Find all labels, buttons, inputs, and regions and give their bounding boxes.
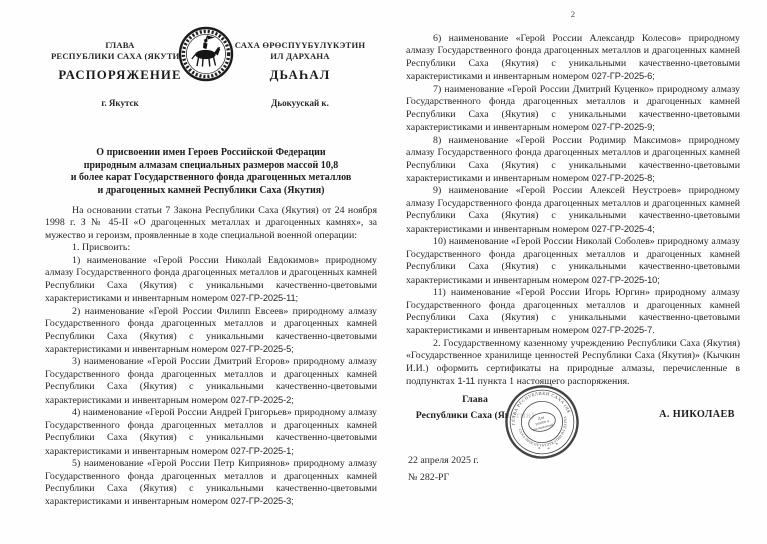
issue-city-sakha: Дьокуускай к. — [225, 98, 375, 108]
item-5: 5) наименование «Герой России Петр Кипри… — [45, 458, 377, 509]
document-number: № 282-РГ — [408, 472, 449, 483]
doc-type-sakha: ДЬАҺАЛ — [225, 68, 375, 83]
issuer-org-sakha-line1: САХА ӨРӨСПҮҮБҮЛҮКЭТИН — [225, 40, 375, 51]
intro-paragraph: На основании статьи 7 Закона Республики … — [45, 205, 377, 242]
item-1-inventory-number: 027-ГР-2025-11; — [231, 293, 298, 303]
title-line-2: природным алмазам специальных размеров м… — [45, 160, 377, 173]
page-number: 2 — [406, 9, 740, 19]
page-1: ГЛАВА РЕСПУБЛИКИ САХА (ЯКУТИЯ) РАСПОРЯЖЕ… — [45, 0, 377, 544]
item-6-text: 6) наименование «Герой России Александр … — [406, 33, 740, 82]
item-2-inventory-number: 027-ГР-2025-5; — [231, 344, 294, 354]
item-7: 7) наименование «Герой России Дмитрий Ку… — [406, 84, 740, 135]
item-7-text: 7) наименование «Герой России Дмитрий Ку… — [406, 84, 740, 133]
item-4: 4) наименование «Герой России Андрей Гри… — [45, 407, 377, 458]
issuer-block-russian: ГЛАВА РЕСПУБЛИКИ САХА (ЯКУТИЯ) РАСПОРЯЖЕ… — [45, 40, 195, 108]
title-line-3: и более карат Государственного фонда дра… — [45, 172, 377, 185]
issue-city-russian: г. Якутск — [45, 98, 195, 108]
document-title: О присвоении имен Героев Российской Феде… — [45, 147, 377, 197]
clause-1: 1. Присвоить: — [45, 242, 377, 254]
page1-body: На основании статьи 7 Закона Республики … — [45, 205, 377, 509]
item-4-text: 4) наименование «Герой России Андрей Гри… — [45, 407, 377, 456]
page-2: 2 6) наименование «Герой России Александ… — [406, 0, 740, 544]
item-1-text: 1) наименование «Герой России Николай Ев… — [45, 255, 377, 304]
title-line-4: и драгоценных камней Республики Саха (Як… — [45, 185, 377, 198]
doc-type-russian: РАСПОРЯЖЕНИЕ — [45, 68, 195, 83]
item-4-inventory-number: 027-ГР-2025-1; — [231, 446, 294, 456]
item-8-text: 8) наименование «Герой России Родимир Ма… — [406, 135, 740, 184]
signatory-name: А. НИКОЛАЕВ — [654, 409, 740, 420]
item-5-inventory-number: 027-ГР-2025-3; — [231, 496, 294, 506]
title-line-1: О присвоении имен Героев Российской Феде… — [45, 147, 377, 160]
issuer-block-sakha: САХА ӨРӨСПҮҮБҮЛҮКЭТИН ИЛ ДАРХАНА ДЬАҺАЛ … — [225, 40, 375, 108]
item-8-inventory-number: 027-ГР-2025-8; — [592, 173, 655, 183]
item-9-text: 9) наименование «Герой России Алексей Не… — [406, 185, 740, 234]
document-spread: ГЛАВА РЕСПУБЛИКИ САХА (ЯКУТИЯ) РАСПОРЯЖЕ… — [0, 0, 767, 544]
item-8: 8) наименование «Герой России Родимир Ма… — [406, 135, 740, 186]
item-7-inventory-number: 027-ГР-2025-9; — [592, 122, 655, 132]
document-date: 22 апреля 2025 г. — [408, 455, 479, 466]
issuer-org-sakha-line2: ИЛ ДАРХАНА — [225, 51, 375, 62]
item-2-text: 2) наименование «Герой России Филипп Евс… — [45, 306, 377, 355]
item-9: 9) наименование «Герой России Алексей Не… — [406, 185, 740, 236]
official-stamp: ГЛАВА РЕСПУБЛИКИ САХА (ЯКУТИЯ) САХА ӨРӨС… — [503, 383, 581, 461]
item-3-inventory-number: 027-ГР-2025-2; — [231, 395, 294, 405]
item-2: 2) наименование «Герой России Филипп Евс… — [45, 306, 377, 357]
page2-body: 6) наименование «Герой России Александр … — [406, 33, 740, 389]
item-11-text: 11) наименование «Герой России Игорь Юрг… — [406, 287, 740, 336]
issuer-org-line2: РЕСПУБЛИКИ САХА (ЯКУТИЯ) — [45, 51, 195, 62]
item-11-inventory-number: 027-ГР-2025-7. — [592, 325, 655, 335]
item-9-inventory-number: 027-ГР-2025-4; — [592, 224, 655, 234]
item-6: 6) наименование «Герой России Александр … — [406, 33, 740, 84]
item-3-text: 3) наименование «Герой России Дмитрий Ег… — [45, 356, 377, 405]
item-5-text: 5) наименование «Герой России Петр Кипри… — [45, 458, 377, 507]
clause-2-range: 1-11 — [457, 376, 475, 386]
item-10-inventory-number: 027-ГР-2025-10; — [592, 275, 660, 285]
clause-2: 2. Государственному казенному учреждению… — [406, 338, 740, 389]
issuer-org-line1: ГЛАВА — [45, 40, 195, 51]
item-1: 1) наименование «Герой России Николай Ев… — [45, 255, 377, 306]
item-6-inventory-number: 027-ГР-2025-6; — [592, 71, 655, 81]
item-11: 11) наименование «Герой России Игорь Юрг… — [406, 287, 740, 338]
item-10: 10) наименование «Герой России Николай С… — [406, 236, 740, 287]
item-10-text: 10) наименование «Герой России Николай С… — [406, 236, 740, 285]
item-3: 3) наименование «Герой России Дмитрий Ег… — [45, 356, 377, 407]
